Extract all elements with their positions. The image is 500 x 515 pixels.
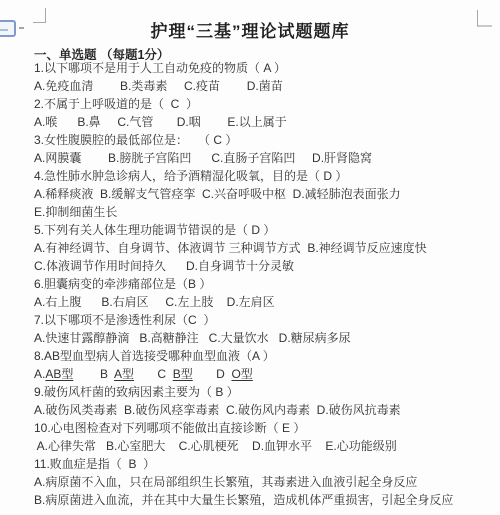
question-6: 6.胆囊病变的牵涉痛部位是（B ） (34, 275, 499, 293)
question-3: 3.女性腹膜腔的最低部位是： （ C ） (34, 131, 499, 149)
question-8: 8.AB型血型病人首选接受哪种血型血液（A ） (34, 347, 499, 365)
question-8-options: A.AB型 B A型 C B型 D O型 (34, 365, 499, 383)
page-title: 护理“三基”理论试题题库 (0, 17, 500, 42)
question-7: 7.以下哪项不是渗透性利尿（C ） (34, 311, 499, 329)
question-5-options-ab: A.有神经调节、自身调节、体液调节 三种调节方式 B.神经调节反应速度快 (34, 239, 499, 257)
question-5: 5.下列有关人体生理功能调节错误的是（ D ） (34, 221, 499, 239)
question-6-options: A.右上腹 B.右肩区 C.左上肢 D.左肩区 (34, 293, 499, 311)
question-list: 1.以下哪项不是用于人工自动免疫的物质（ A ） A.免疫血清 B.类毒素 C.… (34, 59, 499, 509)
question-2-options: A.喉 B.鼻 C.气管 D.咽 E.以上属于 (34, 113, 499, 131)
question-7-options: A.快速甘露醇静滴 B.高糖静注 C.大量饮水 D.糖尿病多尿 (34, 329, 499, 347)
question-11-option-a: A.病原菌不入血，只在局部组织生长繁殖，其毒素进入血液引起全身反应 (34, 473, 499, 491)
question-9: 9.破伤风杆菌的致病因素主要为（ B ） (34, 383, 499, 401)
question-4-option-e: E.抑制细菌生长 (34, 203, 499, 221)
question-11: 11.败血症是指（ B ） (34, 455, 499, 473)
question-3-options: A.网膜囊 B.膀胱子宫陷凹 C.直肠子宫陷凹 D.肝肾隐窝 (34, 149, 499, 167)
question-5-options-cd: C.体液调节作用时间持久 D.自身调节十分灵敏 (34, 257, 499, 275)
question-1: 1.以下哪项不是用于人工自动免疫的物质（ A ） (34, 59, 499, 77)
question-4-options: A.稀释痰液 B.缓解支气管痉挛 C.兴奋呼吸中枢 D.减轻肺泡表面张力 (34, 185, 499, 203)
question-9-options: A.破伤风类毒素 B.破伤风痉挛毒素 C.破伤风内毒素 D.破伤风抗毒素 (34, 401, 499, 419)
question-10: 10.心电图检查对下列哪项不能做出直接诊断（ E ） (34, 419, 499, 437)
question-4: 4.急性肺水肿急诊病人，给予酒精湿化吸氧，目的是（ D ） (34, 167, 499, 185)
question-11-option-b: B.病原菌进入血流，并在其中大量生长繁殖，造成机体严重损害，引起全身反应 (34, 491, 499, 509)
document-page: 护理“三基”理论试题题库 一、单选题 （每题1分） 1.以下哪项不是用于人工自动… (0, 0, 500, 515)
question-2: 2.不属于上呼吸道的是（ C ） (34, 95, 499, 113)
question-1-options: A.免疫血清 B.类毒素 C.疫苗 D.菌苗 (34, 77, 499, 95)
question-10-options: A.心律失常 B.心室肥大 C.心肌梗死 D.血钾水平 E.心功能级别 (34, 437, 499, 455)
